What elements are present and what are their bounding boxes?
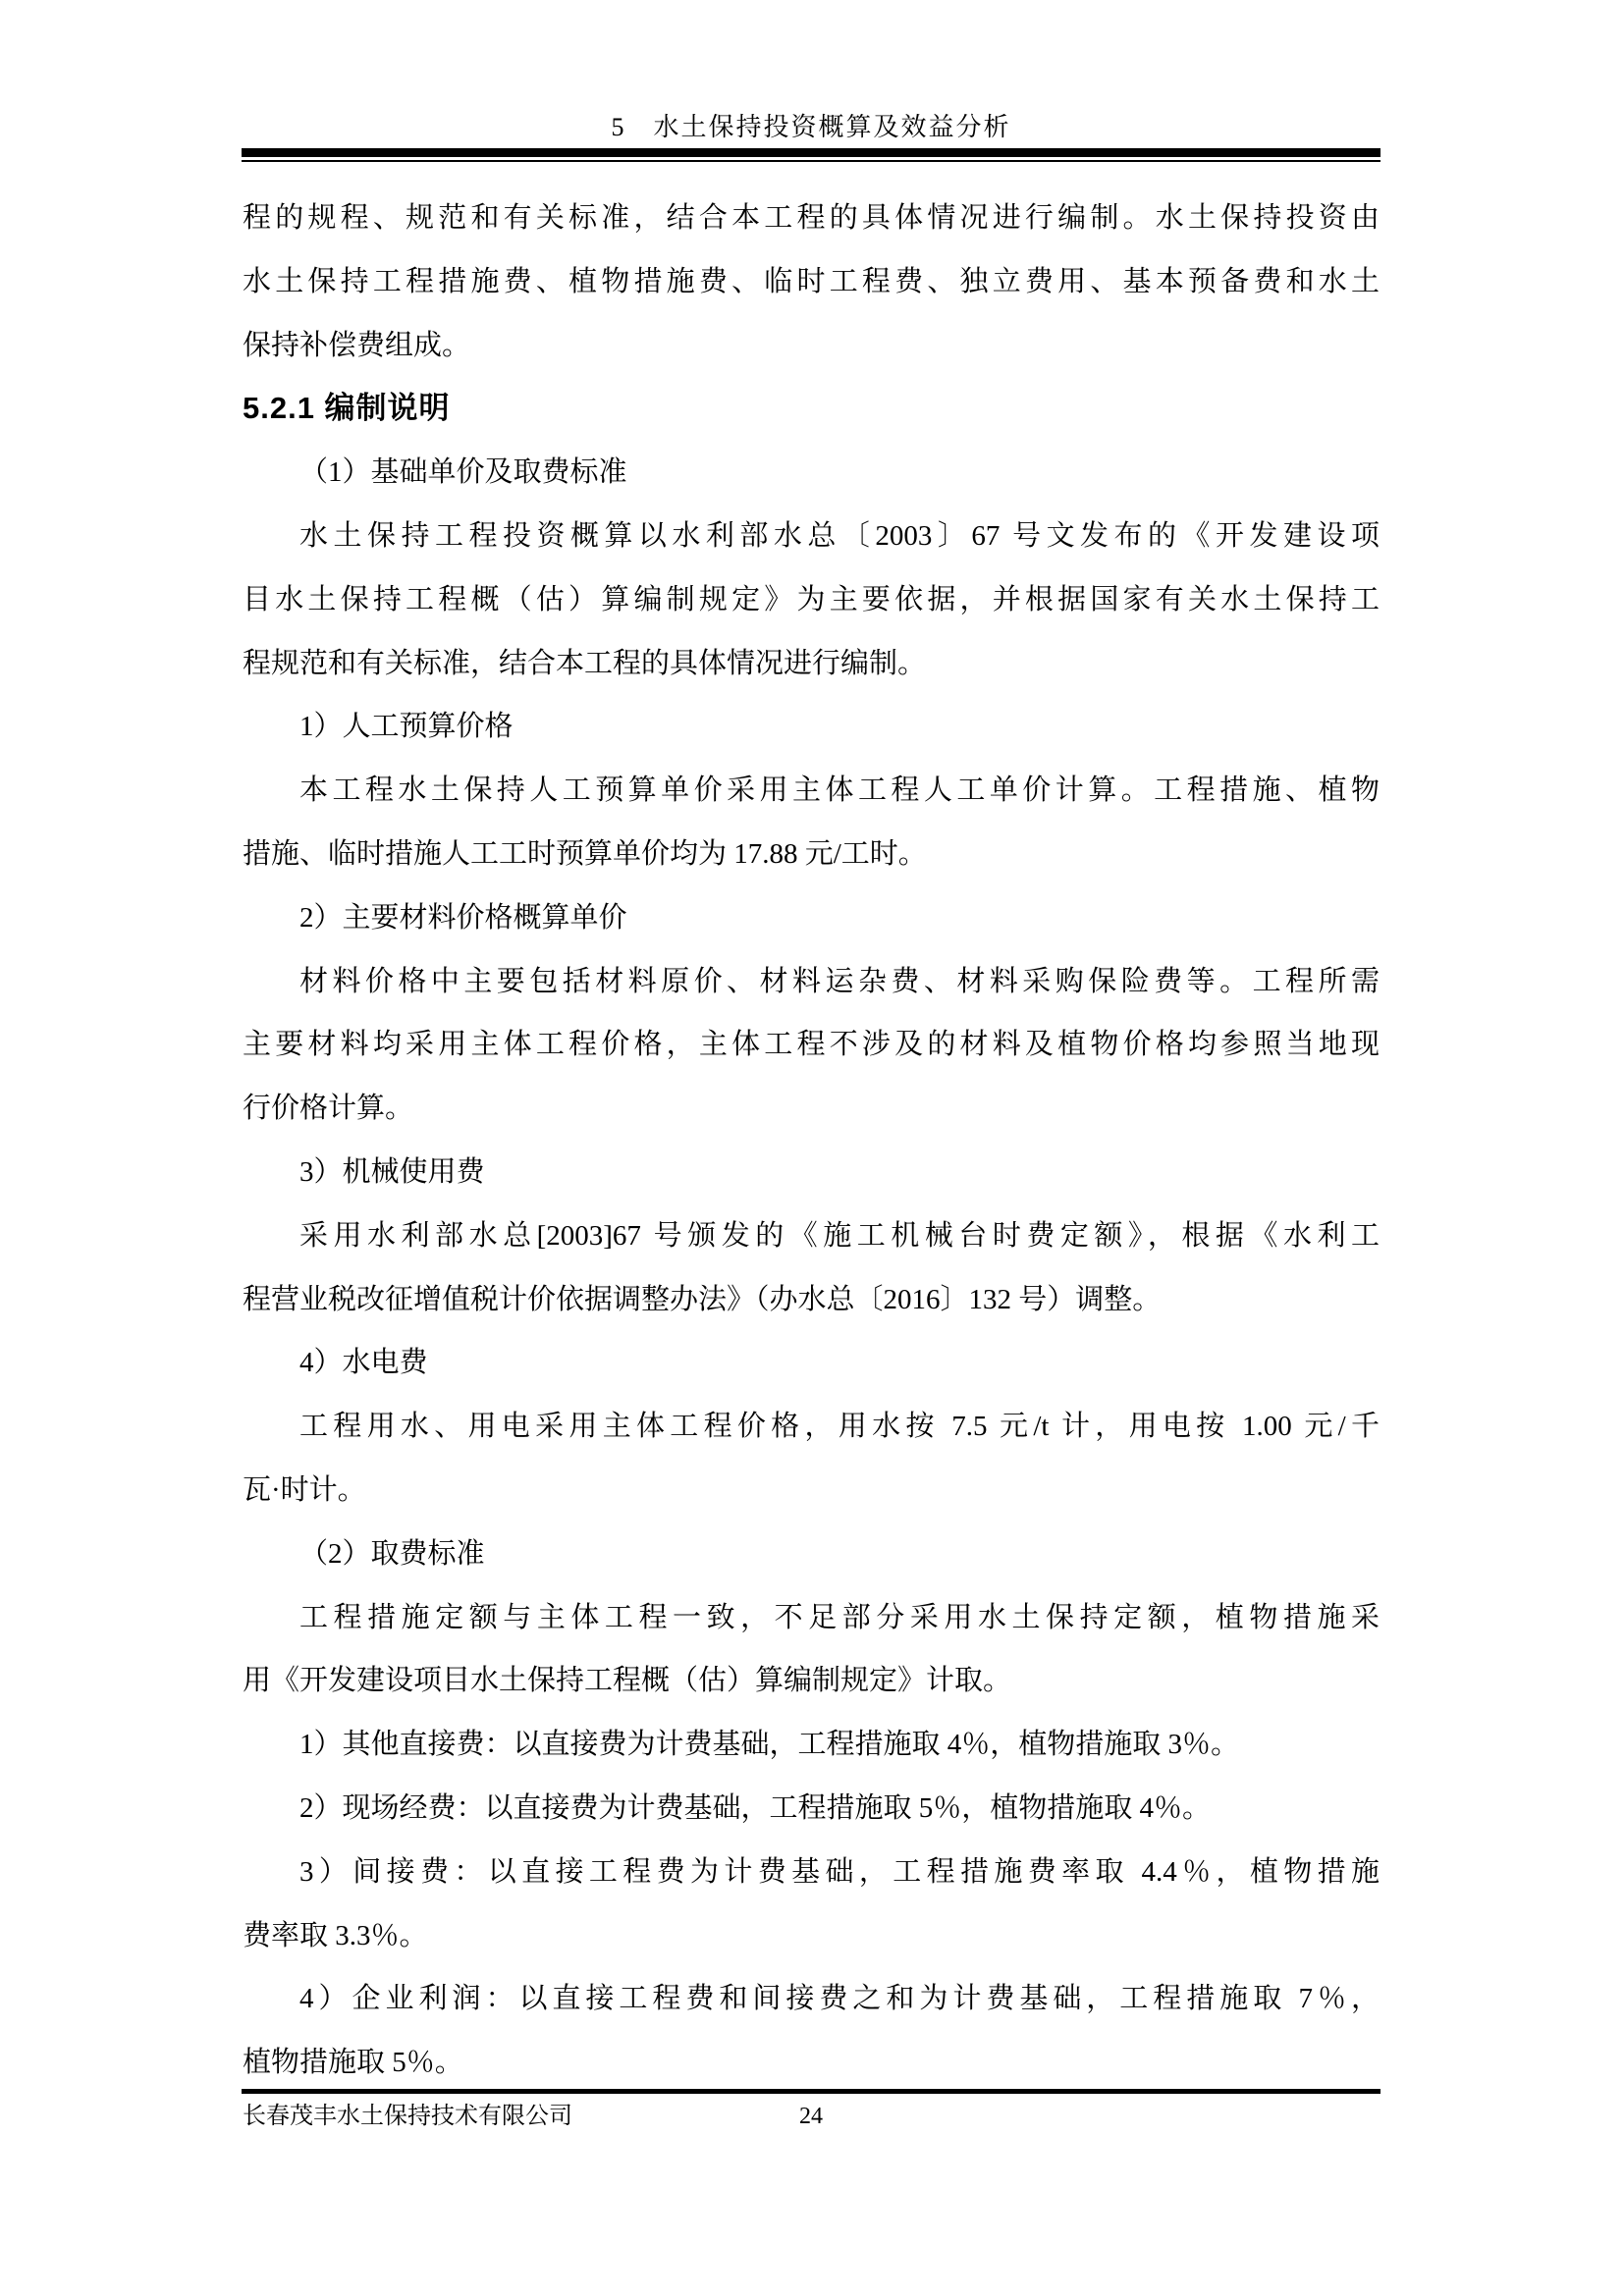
text-line: 主要材料均采用主体工程价格，主体工程不涉及的材料及植物价格均参照当地现	[243, 1013, 1380, 1077]
text-line: 水土保持工程措施费、植物措施费、临时工程费、独立费用、基本预备费和水土	[243, 250, 1380, 314]
footer-row: 24 长春茂丰水土保持技术有限公司	[243, 2097, 1380, 2136]
text-line: 4）水电费	[243, 1331, 1380, 1395]
text-line: 行价格计算。	[243, 1077, 1380, 1141]
text-line: 瓦·时计。	[243, 1459, 1380, 1522]
text-line: 5.2.1 编制说明	[243, 377, 1380, 441]
text-line: 用《开发建设项目水土保持工程概（估）算编制规定》计取。	[243, 1649, 1380, 1713]
text-line: 目水土保持工程概（估）算编制规定》为主要依据，并根据国家有关水土保持工	[243, 568, 1380, 632]
text-line: 2）现场经费：以直接费为计费基础，工程措施取 5％，植物措施取 4％。	[243, 1777, 1380, 1841]
text-line: 本工程水土保持人工预算单价采用主体工程人工单价计算。工程措施、植物	[243, 759, 1380, 823]
text-line: （1）基础单价及取费标准	[243, 441, 1380, 505]
text-line: 3）间接费：以直接工程费为计费基础，工程措施费率取 4.4％，植物措施	[243, 1841, 1380, 1904]
header-chapter-title: 5 水土保持投资概算及效益分析	[243, 110, 1380, 145]
footer-rule	[242, 2089, 1380, 2094]
text-line: 程营业税改征增值税计价依据调整办法》（办水总〔2016〕132 号）调整。	[243, 1268, 1380, 1332]
text-line: 1）其他直接费：以直接费为计费基础，工程措施取 4％，植物措施取 3％。	[243, 1713, 1380, 1777]
text-line: 措施、临时措施人工工时预算单价均为 17.88 元/工时。	[243, 823, 1380, 886]
text-line: 工程用水、用电采用主体工程价格，用水按 7.5 元/t 计，用电按 1.00 元…	[243, 1395, 1380, 1459]
text-line: 4）企业利润：以直接工程费和间接费之和为计费基础，工程措施取 7％，	[243, 1967, 1380, 2031]
text-line: 材料价格中主要包括材料原价、材料运杂费、材料采购保险费等。工程所需	[243, 950, 1380, 1014]
header-rule	[242, 148, 1380, 162]
text-line: 采用水利部水总[2003]67 号颁发的《施工机械台时费定额》，根据《水利工	[243, 1204, 1380, 1268]
text-line: 水土保持工程投资概算以水利部水总〔2003〕67 号文发布的《开发建设项	[243, 505, 1380, 568]
text-line: 植物措施取 5％。	[243, 2031, 1380, 2095]
header-rule-thick-line	[242, 148, 1380, 157]
text-line: 费率取 3.3％。	[243, 1904, 1380, 1968]
text-line: 1）人工预算价格	[243, 695, 1380, 759]
text-line: 保持补偿费组成。	[243, 314, 1380, 378]
text-line: 工程措施定额与主体工程一致，不足部分采用水土保持定额，植物措施采	[243, 1586, 1380, 1650]
document-page: 5 水土保持投资概算及效益分析 程的规程、规范和有关标准，结合本工程的具体情况进…	[0, 0, 1624, 2296]
text-line: 2）主要材料价格概算单价	[243, 886, 1380, 950]
text-line: （2）取费标准	[243, 1522, 1380, 1586]
text-line: 程的规程、规范和有关标准，结合本工程的具体情况进行编制。水土保持投资由	[243, 187, 1380, 250]
text-line: 程规范和有关标准，结合本工程的具体情况进行编制。	[243, 632, 1380, 696]
document-body: 程的规程、规范和有关标准，结合本工程的具体情况进行编制。水土保持投资由水土保持工…	[243, 187, 1380, 2095]
header-rule-thin-line	[242, 160, 1380, 162]
footer-company-name: 长春茂丰水土保持技术有限公司	[243, 2097, 572, 2136]
text-line: 3）机械使用费	[243, 1141, 1380, 1204]
